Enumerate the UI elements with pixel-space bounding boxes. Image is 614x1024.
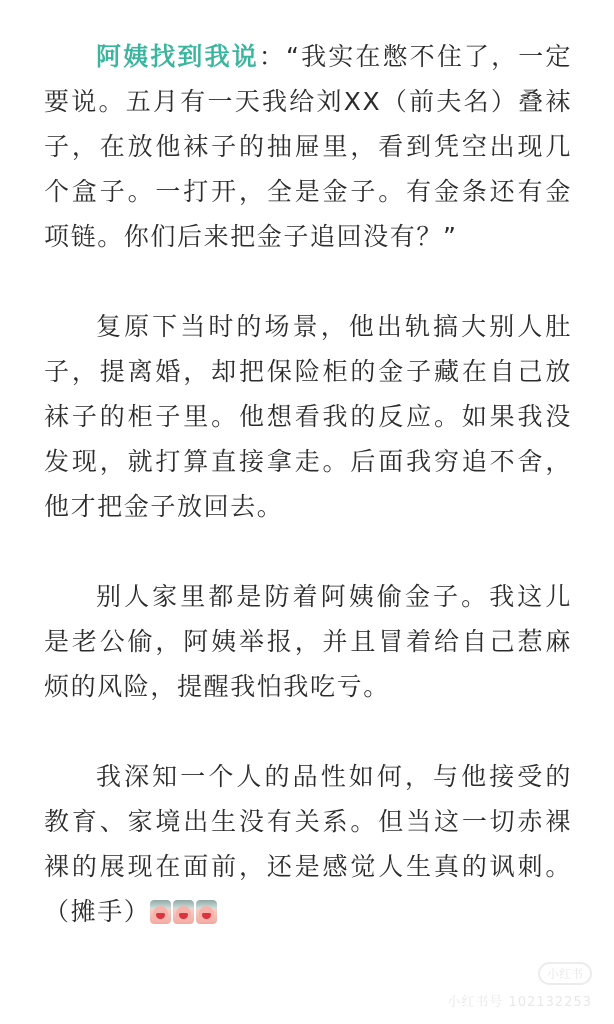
watermark-logo-badge: 小红书: [538, 962, 592, 985]
paragraph-text: 别人家里都是防着阿姨偷金子。我这儿是老公偷，阿姨举报，并且冒着给自己惹麻烦的风险…: [44, 582, 572, 701]
paragraph-3: 别人家里都是防着阿姨偷金子。我这儿是老公偷，阿姨举报，并且冒着给自己惹麻烦的风险…: [44, 574, 572, 709]
paragraph-4: 我深知一个人的品性如何，与他接受的教育、家境出生没有关系。但当这一切赤裸裸的展现…: [44, 754, 572, 934]
paragraph-2: 复原下当时的场景，他出轨搞大别人肚子，提离婚，却把保险柜的金子藏在自己放袜子的柜…: [44, 304, 572, 529]
article-body: 阿姨找到我说：“我实在憋不住了，一定要说。五月有一天我给刘XX（前夫名）叠袜子，…: [44, 34, 572, 979]
paragraph-text: 我深知一个人的品性如何，与他接受的教育、家境出生没有关系。但当这一切赤裸裸的展现…: [44, 762, 572, 926]
crying-face-sticker-icon: [173, 900, 194, 924]
crying-face-sticker-icon: [150, 900, 171, 924]
highlighted-speaker: 阿姨找到我说: [96, 42, 259, 71]
xiaohongshu-watermark: 小红书 小红书号 102132253: [447, 962, 592, 1010]
paragraph-text: ：“我实在憋不住了，一定要说。五月有一天我给刘XX（前夫名）叠袜子，在放他袜子的…: [44, 42, 572, 251]
crying-face-sticker-icon: [196, 900, 217, 924]
paragraph-1: 阿姨找到我说：“我实在憋不住了，一定要说。五月有一天我给刘XX（前夫名）叠袜子，…: [44, 34, 572, 259]
watermark-account-id: 小红书号 102132253: [447, 991, 592, 1010]
paragraph-text: 复原下当时的场景，他出轨搞大别人肚子，提离婚，却把保险柜的金子藏在自己放袜子的柜…: [44, 312, 572, 521]
